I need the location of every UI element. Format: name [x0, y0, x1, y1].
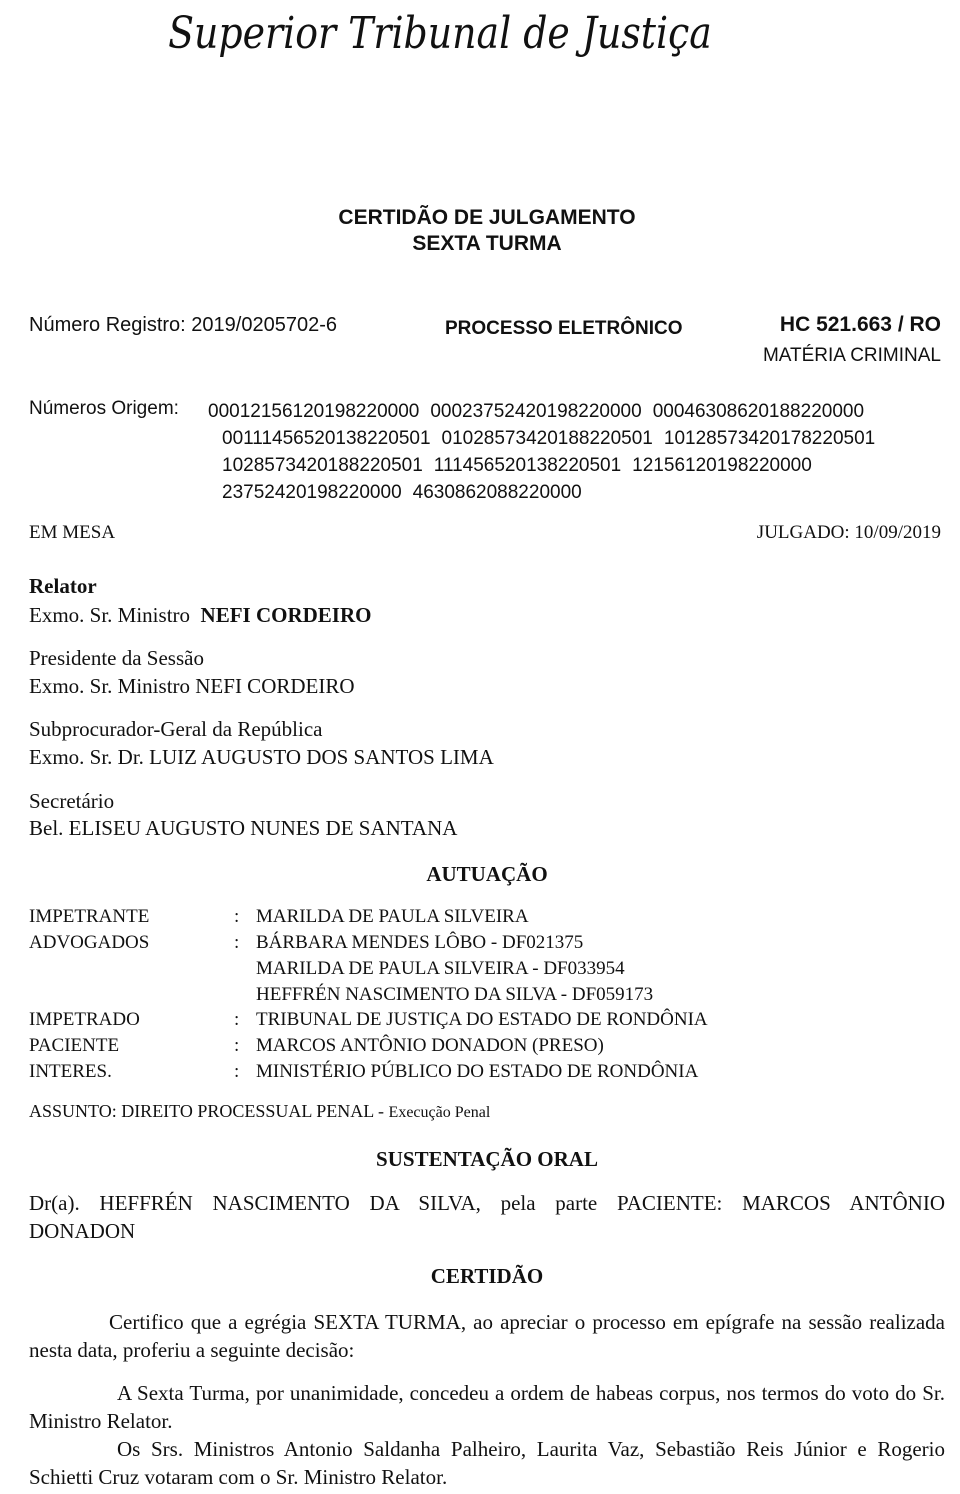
party-row: ADVOGADOS:BÁRBARA MENDES LÔBO - DF021375 [29, 930, 583, 956]
origem-number: 01028573420188220501 [442, 425, 653, 452]
presidente-label: Presidente da Sessão [29, 644, 204, 672]
certidao-decision: A Sexta Turma, por unanimidade, concedeu… [29, 1379, 945, 1435]
julgado-date: JULGADO: 10/09/2019 [757, 522, 941, 544]
assunto: ASSUNTO: DIREITO PROCESSUAL PENAL - Exec… [29, 1101, 490, 1122]
numeros-origem-list: 0001215612019822000000023752420198220000… [208, 398, 948, 506]
subprocurador-value: Exmo. Sr. Dr. LUIZ AUGUSTO DOS SANTOS LI… [29, 743, 494, 771]
party-role: IMPETRANTE [29, 904, 234, 930]
certidao-heading: CERTIDÃO [0, 1264, 960, 1289]
document-subtitle: SEXTA TURMA [0, 231, 960, 257]
secretario-value: Bel. ELISEU AUGUSTO NUNES DE SANTANA [29, 814, 457, 842]
processo-classe: HC 521.663 / RO [780, 313, 941, 337]
sustentacao-text: Dr(a). HEFFRÉN NASCIMENTO DA SILVA, pela… [29, 1189, 945, 1245]
party-row: INTERES.:MINISTÉRIO PÚBLICO DO ESTADO DE… [29, 1059, 698, 1085]
numero-registro-label: Número Registro: [29, 314, 186, 336]
certidao-votes: Os Srs. Ministros Antonio Saldanha Palhe… [29, 1435, 945, 1491]
subprocurador-label: Subprocurador-Geral da República [29, 715, 322, 743]
origem-row: 0011145652013822050101028573420188220501… [208, 425, 948, 452]
party-separator: : [234, 1033, 256, 1059]
party-value: HEFFRÉN NASCIMENTO DA SILVA - DF059173 [256, 982, 653, 1008]
origem-row: 237524201982200004630862088220000 [208, 479, 948, 506]
party-role: ADVOGADOS [29, 930, 234, 956]
origem-number: 4630862088220000 [413, 479, 582, 506]
party-separator: : [234, 904, 256, 930]
party-separator: : [234, 930, 256, 956]
origem-number: 12156120198220000 [632, 452, 812, 479]
origem-row: 0001215612019822000000023752420198220000… [208, 398, 948, 425]
court-logo-text: Superior Tribunal de Justiça [62, 8, 819, 59]
origem-number: 00023752420198220000 [430, 398, 641, 425]
origem-row: 1028573420188220501111456520138220501121… [208, 452, 948, 479]
sustentacao-heading: SUSTENTAÇÃO ORAL [0, 1147, 960, 1172]
party-value: TRIBUNAL DE JUSTIÇA DO ESTADO DE RONDÔNI… [256, 1007, 708, 1033]
numeros-origem-label: Números Origem: [29, 398, 179, 420]
origem-number: 10128573420178220501 [664, 425, 875, 452]
origem-number: 23752420198220000 [222, 479, 402, 506]
certidao-intro: Certifico que a egrégia SEXTA TURMA, ao … [29, 1308, 945, 1364]
relator-label: Relator [29, 572, 97, 600]
numero-registro: Número Registro: 2019/0205702-6 [29, 314, 337, 337]
party-value: MARILDA DE PAULA SILVEIRA - DF033954 [256, 956, 625, 982]
assunto-sub: Execução Penal [389, 1104, 491, 1121]
secretario-label: Secretário [29, 787, 114, 815]
party-value: MARILDA DE PAULA SILVEIRA [256, 904, 529, 930]
party-role: IMPETRADO [29, 1007, 234, 1033]
autuacao-heading: AUTUAÇÃO [0, 862, 960, 887]
party-value: MINISTÉRIO PÚBLICO DO ESTADO DE RONDÔNIA [256, 1059, 698, 1085]
party-separator: : [234, 1059, 256, 1085]
origem-number: 111456520138220501 [434, 452, 621, 479]
assunto-main: ASSUNTO: DIREITO PROCESSUAL PENAL - [29, 1101, 389, 1121]
pauta: EM MESA [29, 522, 115, 544]
materia: MATÉRIA CRIMINAL [763, 345, 941, 367]
party-row: MARILDA DE PAULA SILVEIRA - DF033954 [29, 956, 625, 982]
party-row: PACIENTE:MARCOS ANTÔNIO DONADON (PRESO) [29, 1033, 604, 1059]
relator-name: NEFI CORDEIRO [201, 603, 372, 627]
relator-prefix: Exmo. Sr. Ministro [29, 603, 190, 627]
party-separator: : [234, 1007, 256, 1033]
processo-tipo: PROCESSO ELETRÔNICO [445, 318, 683, 340]
numero-registro-value: 2019/0205702-6 [191, 314, 337, 336]
party-value: BÁRBARA MENDES LÔBO - DF021375 [256, 930, 583, 956]
origem-number: 1028573420188220501 [222, 452, 423, 479]
party-row: HEFFRÉN NASCIMENTO DA SILVA - DF059173 [29, 982, 653, 1008]
origem-number: 00046308620188220000 [653, 398, 864, 425]
relator-value: Exmo. Sr. Ministro NEFI CORDEIRO [29, 601, 371, 629]
party-role: PACIENTE [29, 1033, 234, 1059]
origem-number: 00111456520138220501 [222, 425, 431, 452]
party-row: IMPETRANTE:MARILDA DE PAULA SILVEIRA [29, 904, 529, 930]
party-row: IMPETRADO:TRIBUNAL DE JUSTIÇA DO ESTADO … [29, 1007, 708, 1033]
party-role: INTERES. [29, 1059, 234, 1085]
document-title: CERTIDÃO DE JULGAMENTO [0, 205, 960, 231]
presidente-value: Exmo. Sr. Ministro NEFI CORDEIRO [29, 672, 355, 700]
party-value: MARCOS ANTÔNIO DONADON (PRESO) [256, 1033, 604, 1059]
origem-number: 00012156120198220000 [208, 398, 419, 425]
